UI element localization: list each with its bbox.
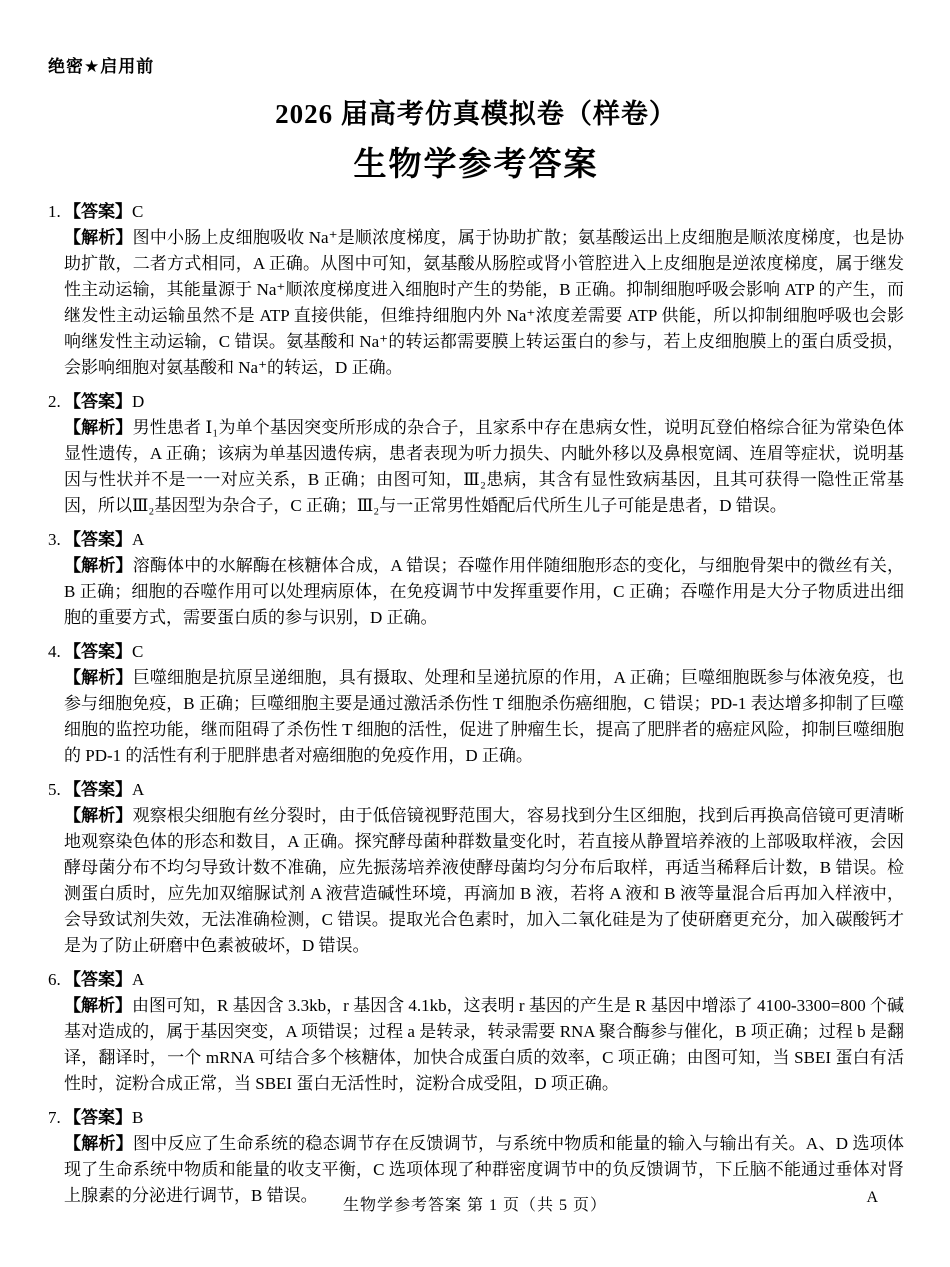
analysis-paragraph: 【解析】由图可知，R 基因含 3.3kb，r 基因含 4.1kb，这表明 r 基…	[64, 993, 904, 1097]
question-number: 7.	[48, 1105, 64, 1131]
analysis-paragraph: 【解析】溶酶体中的水解酶在核糖体合成，A 错误；吞噬作用伴随细胞形态的变化，与细…	[64, 553, 904, 631]
answer-tag: 【答案】	[64, 202, 132, 221]
classification-label: 绝密★启用前	[48, 52, 904, 77]
analysis-paragraph: 【解析】观察根尖细胞有丝分裂时，由于低倍镜视野范围大，容易找到分生区细胞，找到后…	[64, 803, 904, 959]
answer-tag: 【答案】	[64, 530, 132, 549]
analysis-tag: 【解析】	[64, 228, 133, 247]
analysis-text: 图中小肠上皮细胞吸收 Na⁺是顺浓度梯度，属于协助扩散；氨基酸运出上皮细胞是顺浓…	[64, 228, 904, 377]
answers-list: 1. 【答案】C 【解析】图中小肠上皮细胞吸收 Na⁺是顺浓度梯度，属于协助扩散…	[48, 199, 904, 1209]
answer-letter: A	[132, 970, 144, 989]
analysis-tag: 【解析】	[64, 668, 133, 687]
question-number: 6.	[48, 967, 64, 993]
analysis-text: 巨噬细胞是抗原呈递细胞，具有摄取、处理和呈递抗原的作用，A 正确；巨噬细胞既参与…	[64, 668, 904, 765]
analysis-tag: 【解析】	[64, 418, 133, 437]
analysis-paragraph: 【解析】男性患者 Ⅰ₁为单个基因突变所形成的杂合子，且家系中存在患病女性，说明瓦…	[64, 415, 904, 519]
answer-line: 【答案】A	[64, 777, 904, 803]
answer-item: 3. 【答案】A 【解析】溶酶体中的水解酶在核糖体合成，A 错误；吞噬作用伴随细…	[48, 527, 904, 631]
page-footer: 生物学参考答案 第 1 页（共 5 页）	[0, 1192, 950, 1215]
answer-tag: 【答案】	[64, 970, 132, 989]
answer-item: 1. 【答案】C 【解析】图中小肠上皮细胞吸收 Na⁺是顺浓度梯度，属于协助扩散…	[48, 199, 904, 381]
analysis-text: 由图可知，R 基因含 3.3kb，r 基因含 4.1kb，这表明 r 基因的产生…	[64, 996, 904, 1093]
question-number: 2.	[48, 389, 64, 415]
question-number: 4.	[48, 639, 64, 665]
analysis-text: 男性患者 Ⅰ₁为单个基因突变所形成的杂合子，且家系中存在患病女性，说明瓦登伯格综…	[64, 418, 904, 515]
answer-line: 【答案】D	[64, 389, 904, 415]
analysis-paragraph: 【解析】巨噬细胞是抗原呈递细胞，具有摄取、处理和呈递抗原的作用，A 正确；巨噬细…	[64, 665, 904, 769]
answer-letter: B	[132, 1108, 143, 1127]
analysis-tag: 【解析】	[64, 996, 132, 1015]
analysis-text: 溶酶体中的水解酶在核糖体合成，A 错误；吞噬作用伴随细胞形态的变化，与细胞骨架中…	[64, 556, 904, 627]
answer-letter: A	[132, 780, 144, 799]
answer-letter: A	[132, 530, 144, 549]
answer-line: 【答案】B	[64, 1105, 904, 1131]
answer-line: 【答案】C	[64, 199, 904, 225]
question-number: 5.	[48, 777, 64, 803]
answer-letter: C	[132, 642, 143, 661]
answer-line: 【答案】A	[64, 967, 904, 993]
analysis-text: 观察根尖细胞有丝分裂时，由于低倍镜视野范围大，容易找到分生区细胞，找到后再换高倍…	[64, 806, 904, 955]
paper-version-label: A	[866, 1189, 878, 1207]
answer-letter: C	[132, 202, 143, 221]
answer-tag: 【答案】	[64, 1108, 132, 1127]
analysis-tag: 【解析】	[64, 556, 133, 575]
answer-item: 2. 【答案】D 【解析】男性患者 Ⅰ₁为单个基因突变所形成的杂合子，且家系中存…	[48, 389, 904, 519]
answer-tag: 【答案】	[64, 642, 132, 661]
subject-title: 生物学参考答案	[48, 138, 904, 185]
answer-letter: D	[132, 392, 144, 411]
answer-line: 【答案】C	[64, 639, 904, 665]
answer-line: 【答案】A	[64, 527, 904, 553]
analysis-tag: 【解析】	[64, 806, 133, 825]
answer-key-page: 绝密★启用前 2026 届高考仿真模拟卷（样卷） 生物学参考答案 1. 【答案】…	[0, 0, 950, 1267]
question-number: 1.	[48, 199, 64, 225]
analysis-tag: 【解析】	[64, 1134, 133, 1153]
exam-title: 2026 届高考仿真模拟卷（样卷）	[48, 92, 904, 131]
answer-item: 5. 【答案】A 【解析】观察根尖细胞有丝分裂时，由于低倍镜视野范围大，容易找到…	[48, 777, 904, 959]
question-number: 3.	[48, 527, 64, 553]
answer-tag: 【答案】	[64, 780, 132, 799]
answer-tag: 【答案】	[64, 392, 132, 411]
analysis-paragraph: 【解析】图中小肠上皮细胞吸收 Na⁺是顺浓度梯度，属于协助扩散；氨基酸运出上皮细…	[64, 225, 904, 381]
answer-item: 4. 【答案】C 【解析】巨噬细胞是抗原呈递细胞，具有摄取、处理和呈递抗原的作用…	[48, 639, 904, 769]
answer-item: 6. 【答案】A 【解析】由图可知，R 基因含 3.3kb，r 基因含 4.1k…	[48, 967, 904, 1097]
